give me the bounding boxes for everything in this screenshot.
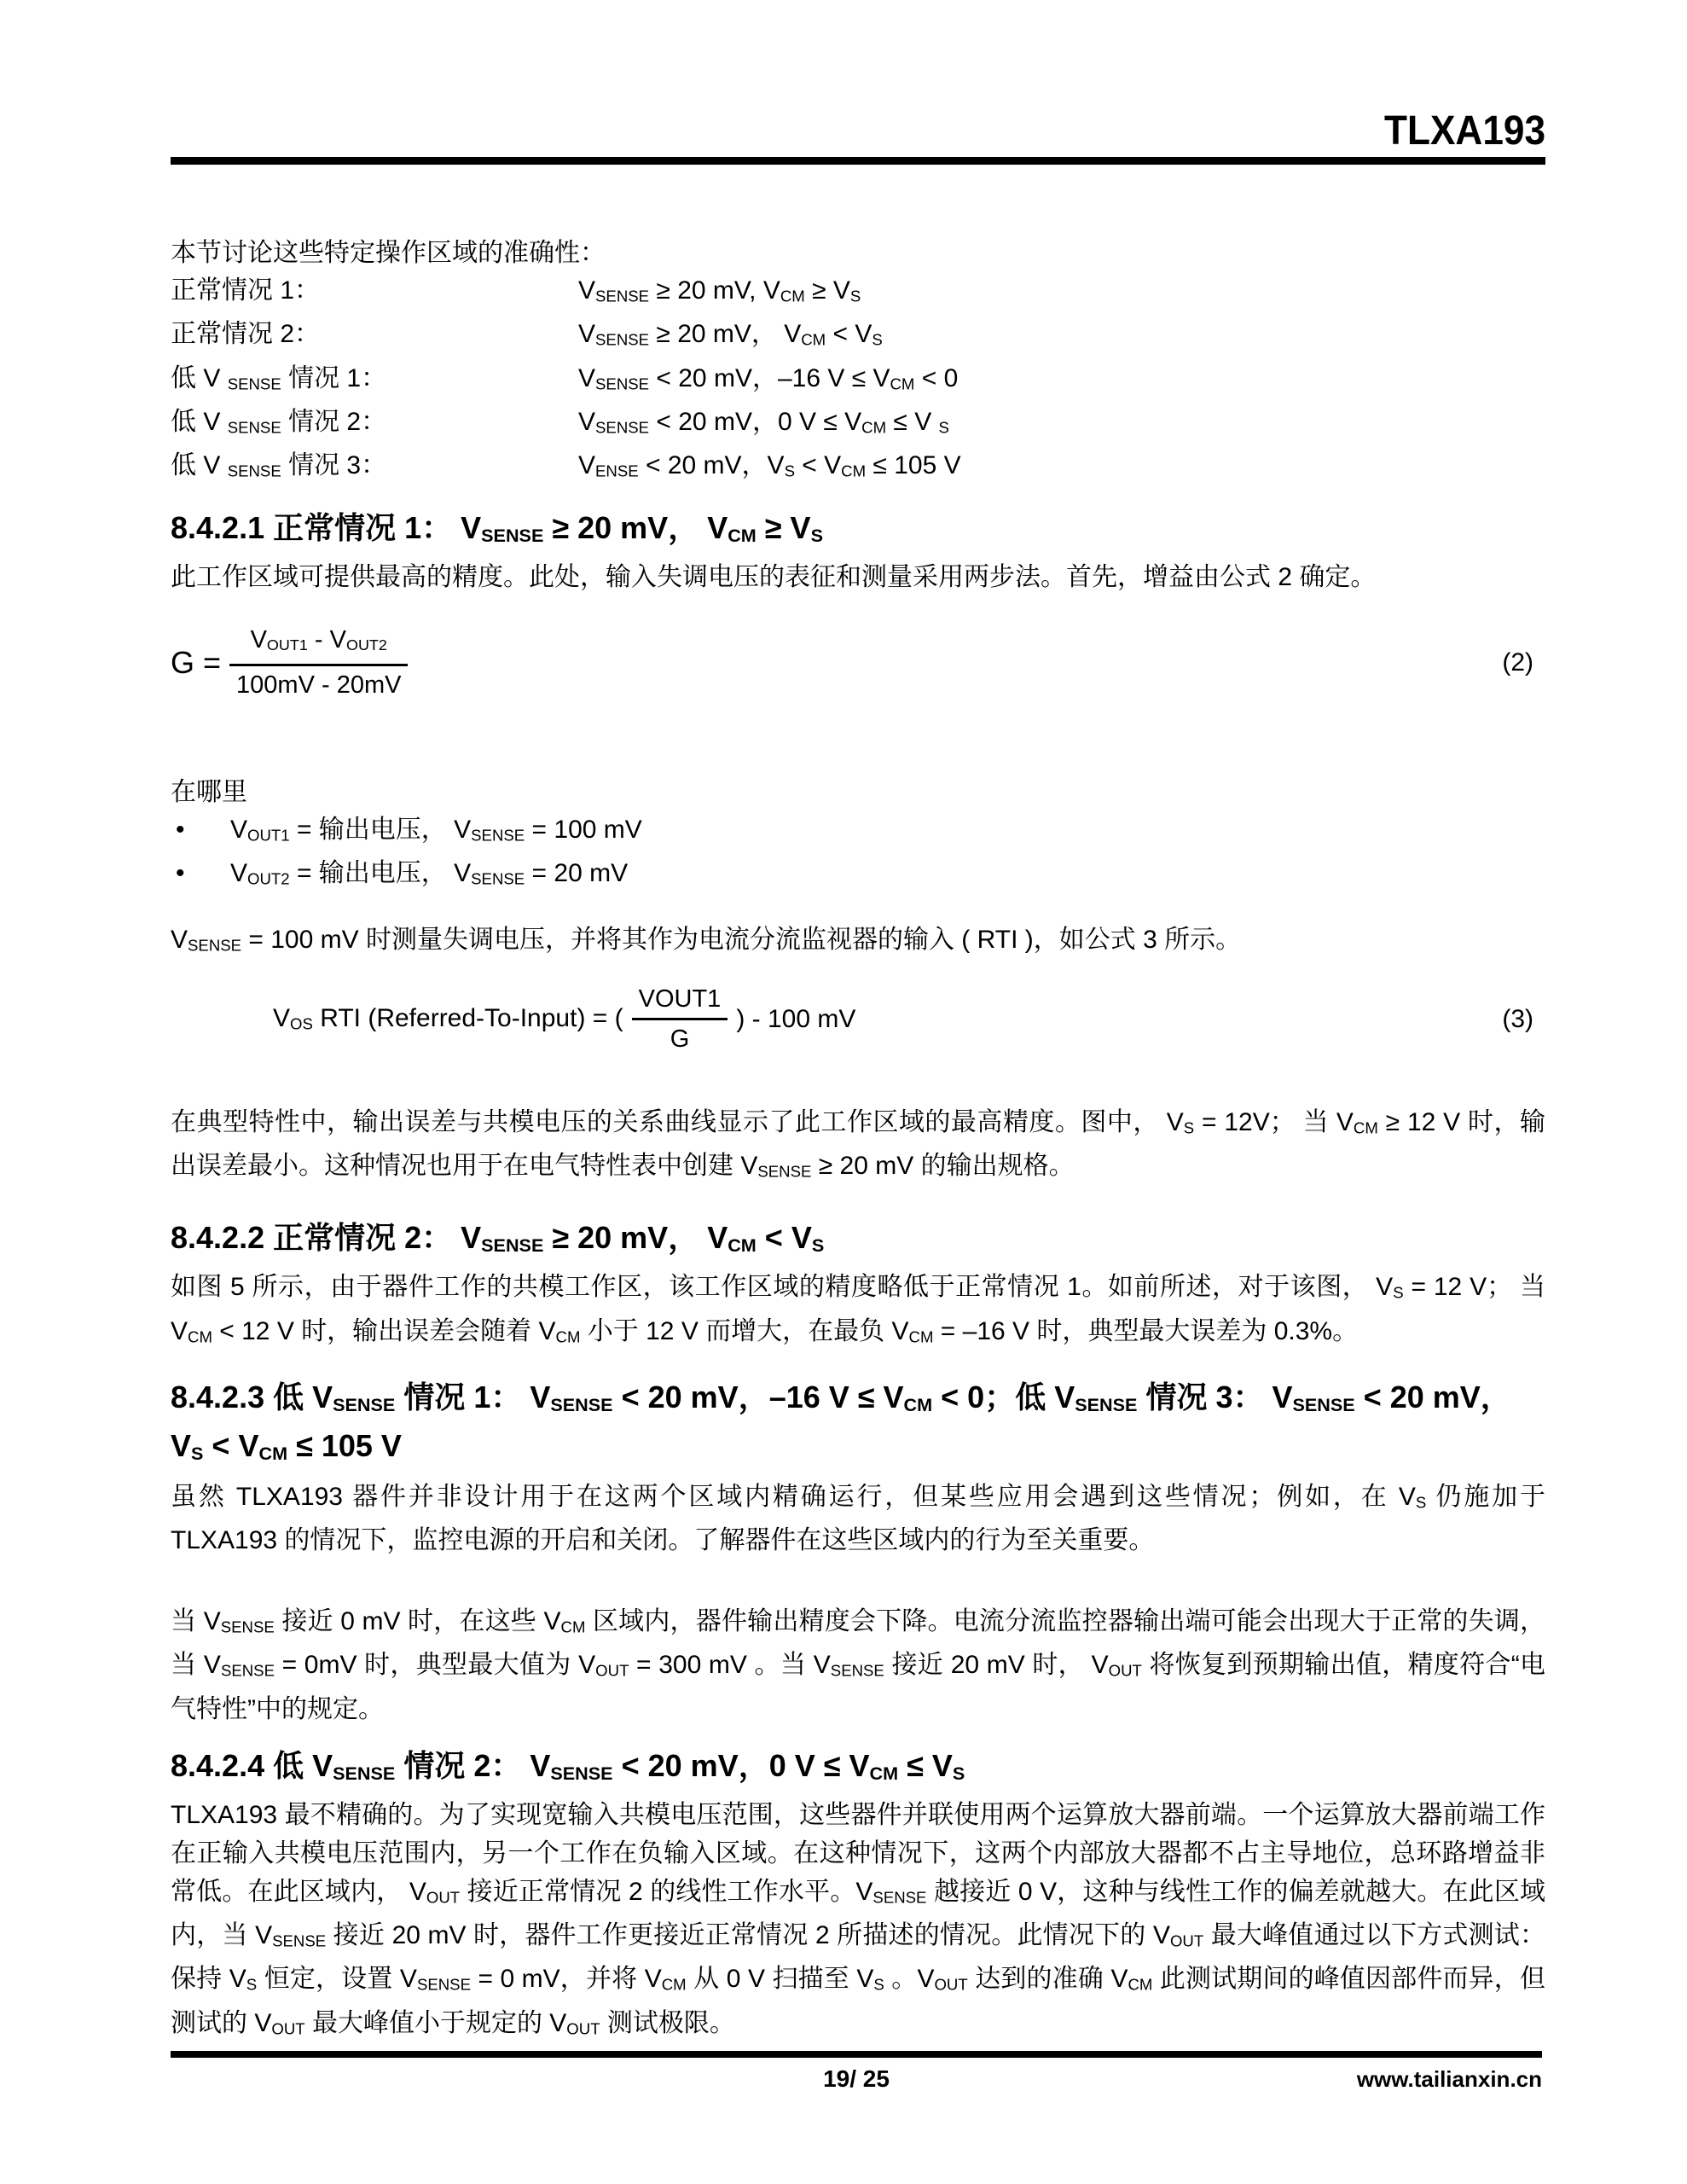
bullet-item: • VOUT2 = 输出电压， VSENSE = 20 mV xyxy=(171,854,1545,897)
page-header: TLXA193 xyxy=(171,0,1545,165)
condition-label: 正常情况 2： xyxy=(171,315,578,358)
condition-value: VSENSE < 20 mV，–16 V ≤ VCM < 0 xyxy=(578,359,1545,403)
footer-rule xyxy=(171,2051,1542,2058)
equation-lhs: VOS RTI (Referred-To-Input) = ( xyxy=(273,1004,623,1033)
bullet-icon: • xyxy=(176,854,185,892)
paragraph: TLXA193 最不精确的。为了实现宽输入共模电压范围，这些器件并联使用两个运算… xyxy=(171,1796,1545,2047)
section-heading-8-4-2-3: 8.4.2.3 低 VSENSE 情况 1： VSENSE < 20 mV，–1… xyxy=(171,1377,1545,1474)
bullet-list: • VOUT1 = 输出电压， VSENSE = 100 mV • VOUT2 … xyxy=(171,810,1545,898)
condition-value: VSENSE ≥ 20 mV, VCM ≥ VS xyxy=(578,271,1545,315)
fraction: VOUT1 G xyxy=(632,984,728,1054)
fraction-numerator: VOUT1 xyxy=(632,984,728,1020)
equation-rhs: ) - 100 mV xyxy=(736,1005,855,1034)
condition-row: 低 V SENSE 情况 1： VSENSE < 20 mV，–16 V ≤ V… xyxy=(171,359,1545,403)
section-heading-8-4-2-1: 8.4.2.1 正常情况 1： VSENSE ≥ 20 mV， VCM ≥ VS xyxy=(171,509,1545,555)
condition-row: 正常情况 1： VSENSE ≥ 20 mV, VCM ≥ VS xyxy=(171,271,1545,315)
bullet-icon: • xyxy=(176,810,185,849)
condition-row: 低 V SENSE 情况 2： VSENSE < 20 mV，0 V ≤ VCM… xyxy=(171,403,1545,446)
condition-label: 正常情况 1： xyxy=(171,271,578,315)
where-label: 在哪里 xyxy=(171,774,1545,810)
page-number: 19/ 25 xyxy=(823,2065,890,2093)
fraction-denominator: 100mV - 20mV xyxy=(229,666,408,700)
equation-number: (2) xyxy=(1502,648,1545,677)
condition-value: VSENSE ≥ 20 mV， VCM < VS xyxy=(578,315,1545,358)
condition-row: 低 V SENSE 情况 3： VENSE < 20 mV，VS < VCM ≤… xyxy=(171,446,1545,490)
paragraph: 此工作区域可提供最高的精度。此处，输入失调电压的表征和测量采用两步法。首先，增益… xyxy=(171,558,1545,596)
page-footer: 19/ 25 www.tailianxin.cn xyxy=(171,2051,1542,2093)
section-heading-8-4-2-4: 8.4.2.4 低 VSENSE 情况 2： VSENSE < 20 mV，0 … xyxy=(171,1747,1545,1792)
intro-lead: 本节讨论这些特定操作区域的准确性： xyxy=(171,235,1545,271)
page-body: 本节讨论这些特定操作区域的准确性： 正常情况 1： VSENSE ≥ 20 mV… xyxy=(171,235,1545,2047)
fraction-denominator: G xyxy=(632,1020,728,1054)
equation-number: (3) xyxy=(1502,1005,1545,1034)
conditions-list: 正常情况 1： VSENSE ≥ 20 mV, VCM ≥ VS 正常情况 2：… xyxy=(171,271,1545,491)
condition-value: VSENSE < 20 mV，0 V ≤ VCM ≤ V S xyxy=(578,403,1545,446)
section-heading-8-4-2-2: 8.4.2.2 正常情况 2： VSENSE ≥ 20 mV， VCM < VS xyxy=(171,1219,1545,1264)
paragraph: 在典型特性中，输出误差与共模电压的关系曲线显示了此工作区域的最高精度。图中， V… xyxy=(171,1103,1545,1191)
datasheet-page: TLXA193 本节讨论这些特定操作区域的准确性： 正常情况 1： VSENSE… xyxy=(0,0,1687,2184)
fraction-numerator: VOUT1 - VOUT2 xyxy=(229,624,408,666)
equation-3: VOS RTI (Referred-To-Input) = ( VOUT1 G … xyxy=(273,979,1545,1060)
footer-website: www.tailianxin.cn xyxy=(890,2066,1542,2093)
condition-label: 低 V SENSE 情况 3： xyxy=(171,446,578,490)
paragraph: 虽然 TLXA193 器件并非设计用于在这两个区域内精确运行，但某些应用会遇到这… xyxy=(171,1478,1545,1560)
paragraph: 当 VSENSE 接近 0 mV 时，在这些 VCM 区域内，器件输出精度会下降… xyxy=(171,1602,1545,1728)
condition-row: 正常情况 2： VSENSE ≥ 20 mV， VCM < VS xyxy=(171,315,1545,358)
condition-label: 低 V SENSE 情况 1： xyxy=(171,359,578,403)
paragraph: 如图 5 所示，由于器件工作的共模工作区，该工作区域的精度略低于正常情况 1。如… xyxy=(171,1268,1545,1356)
condition-label: 低 V SENSE 情况 2： xyxy=(171,403,578,446)
bullet-text: VOUT2 = 输出电压， VSENSE = 20 mV xyxy=(230,859,628,887)
bullet-item: • VOUT1 = 输出电压， VSENSE = 100 mV xyxy=(171,810,1545,854)
header-rule xyxy=(171,157,1545,165)
equation-2: G = VOUT1 - VOUT2 100mV - 20mV (2) xyxy=(171,615,1545,711)
equation-lhs: G = xyxy=(171,645,221,681)
paragraph: VSENSE = 100 mV 时测量失调电压，并将其作为电流分流监视器的输入 … xyxy=(171,921,1545,964)
page-title: TLXA193 xyxy=(281,109,1545,154)
condition-value: VENSE < 20 mV，VS < VCM ≤ 105 V xyxy=(578,446,1545,490)
bullet-text: VOUT1 = 输出电压， VSENSE = 100 mV xyxy=(230,816,642,844)
fraction: VOUT1 - VOUT2 100mV - 20mV xyxy=(229,624,408,700)
